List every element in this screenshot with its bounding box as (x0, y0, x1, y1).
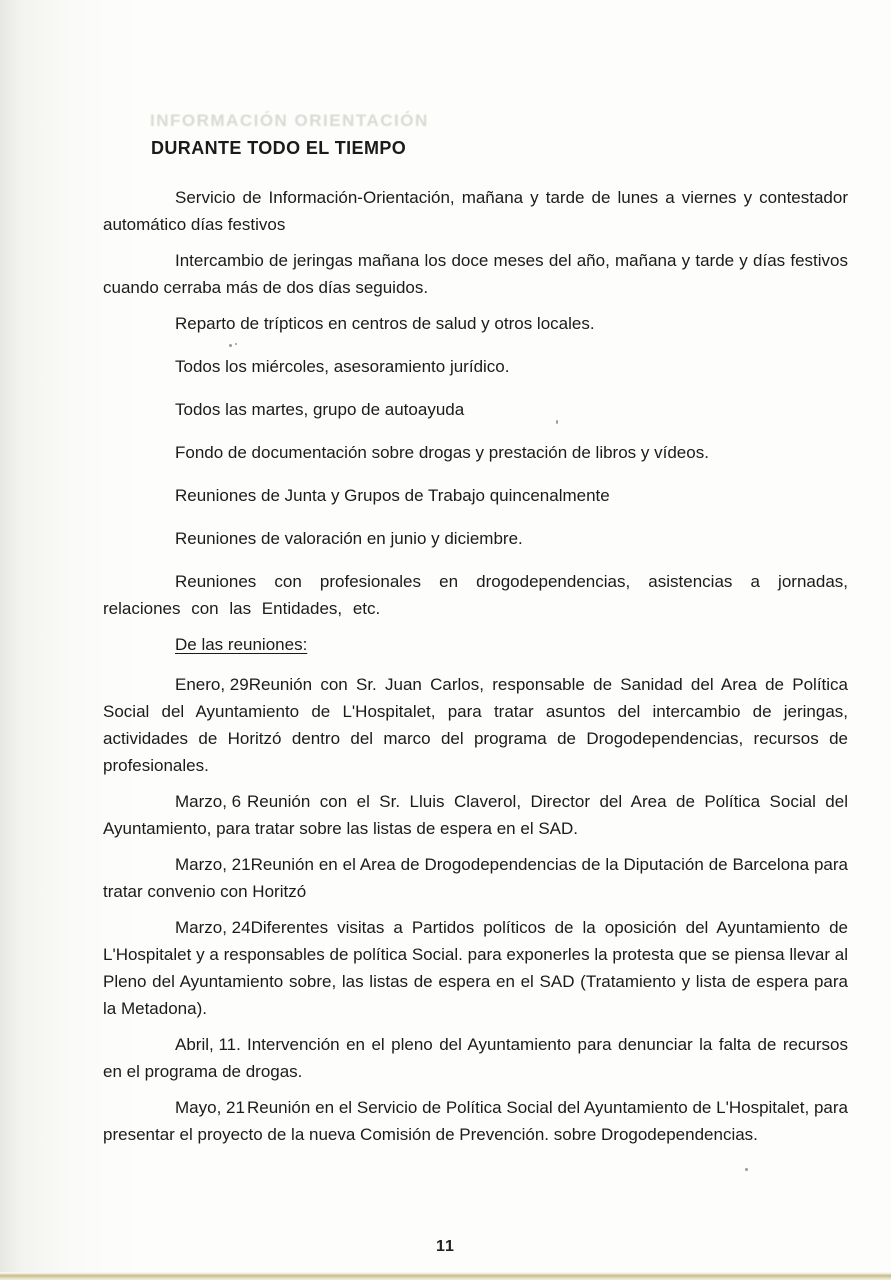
list-item-asesoramiento-juridico: Todos los miércoles, asesoramiento juríd… (103, 353, 848, 380)
paragraph-intercambio-jeringas: Intercambio de jeringas mañana los doce … (103, 247, 848, 301)
meeting-entry-marzo-24: Marzo, 24Diferentes visitas a Partidos p… (103, 914, 848, 1022)
meeting-entry-marzo-21: Marzo, 21Reunión en el Area de Drogodepe… (103, 851, 848, 905)
section-heading-de-las-reuniones: De las reuniones: (103, 631, 848, 658)
scan-speck (229, 344, 232, 347)
document-title: DURANTE TODO EL TIEMPO (151, 138, 848, 158)
meeting-date: Marzo, 21 (175, 851, 251, 878)
page-number: 11 (0, 1238, 891, 1256)
meeting-date: Marzo, 24 (175, 914, 251, 941)
document-body: DURANTE TODO EL TIEMPO Servicio de Infor… (103, 138, 848, 1157)
paragraph-servicio-informacion: Servicio de Información-Orientación, mañ… (103, 184, 848, 238)
list-item-grupo-autoayuda: Todos las martes, grupo de autoayuda (103, 396, 848, 423)
scan-speck (556, 420, 558, 424)
bleed-through-ghost-heading: INFORMACIÓN ORIENTACIÓN (150, 111, 429, 131)
meeting-date: Mayo, 21 (175, 1094, 247, 1121)
meeting-date: Enero, 29 (175, 671, 249, 698)
meeting-entry-mayo-21: Mayo, 21Reunión en el Servicio de Políti… (103, 1094, 848, 1148)
meeting-date: Marzo, 6 (175, 788, 247, 815)
scan-speck (235, 343, 237, 345)
list-item-reuniones-junta: Reuniones de Junta y Grupos de Trabajo q… (103, 482, 848, 509)
section-heading-text: De las reuniones: (175, 635, 307, 654)
scan-speck (745, 1168, 748, 1171)
list-item-fondo-documentacion: Fondo de documentación sobre drogas y pr… (103, 439, 848, 466)
scan-edge-strip (0, 1272, 891, 1280)
meeting-entry-abril-11: Abril, 11.Intervención en el pleno del A… (103, 1031, 848, 1085)
meeting-entry-marzo-6: Marzo, 6Reunión con el Sr. Lluis Clavero… (103, 788, 848, 842)
paragraph-reuniones-profesionales: Reuniones con profesionales en drogodepe… (103, 568, 848, 622)
scanned-document-page: INFORMACIÓN ORIENTACIÓN DURANTE TODO EL … (0, 0, 891, 1280)
list-item-reuniones-valoracion: Reuniones de valoración en junio y dicie… (103, 525, 848, 552)
list-item-reparto-tripticos: Reparto de trípticos en centros de salud… (103, 310, 848, 337)
meeting-date: Abril, 11. (175, 1031, 247, 1058)
meeting-entry-enero-29: Enero, 29Reunión con Sr. Juan Carlos, re… (103, 671, 848, 779)
